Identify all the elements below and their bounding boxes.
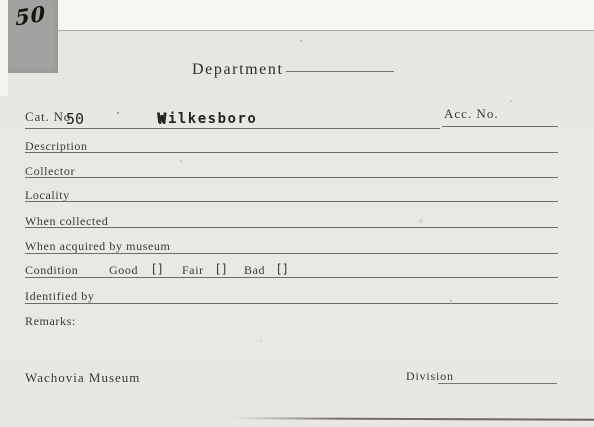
cat-no-rule — [25, 128, 440, 129]
museum-catalog-card: 50 Department Cat. No. 50 ' Wilkesboro A… — [0, 0, 594, 427]
when-collected-rule — [25, 227, 558, 228]
division-rule — [438, 383, 557, 384]
acc-no-label: Acc. No. — [444, 106, 499, 122]
condition-rule — [25, 277, 558, 278]
catalog-number-tab: 50 — [8, 0, 58, 73]
condition-fair-checkbox: [] — [216, 262, 227, 276]
backing-card-edge — [0, 0, 594, 31]
identified-by-label: Identified by — [25, 289, 94, 304]
stray-mark: ' — [117, 110, 119, 122]
condition-label: Condition — [25, 263, 78, 278]
backing-card-left — [0, 0, 8, 96]
identified-by-rule — [25, 303, 558, 304]
remarks-label: Remarks: — [25, 314, 76, 329]
condition-bad-label: Bad — [244, 263, 265, 278]
description-rule — [25, 152, 558, 153]
museum-name: Wachovia Museum — [25, 370, 140, 386]
collector-rule — [25, 177, 558, 178]
division-label: Division — [406, 369, 454, 384]
department-title: Department — [192, 61, 394, 79]
paper-specks — [300, 40, 302, 42]
when-acquired-label: When acquired by museum — [25, 239, 170, 254]
department-label: Department — [192, 61, 284, 78]
condition-good-checkbox: [] — [152, 262, 163, 276]
when-acquired-rule — [25, 253, 558, 254]
department-blank-line — [286, 71, 394, 72]
card-bottom-edge — [232, 417, 594, 421]
condition-bad-checkbox: [] — [277, 262, 288, 276]
acc-no-rule — [442, 126, 558, 127]
cat-no-typed-value: 50 — [66, 110, 84, 128]
handwritten-tab-number: 50 — [15, 1, 47, 31]
typed-town-name: Wilkesboro — [158, 111, 257, 127]
condition-good-label: Good — [109, 263, 138, 278]
condition-fair-label: Fair — [182, 263, 204, 278]
locality-rule — [25, 201, 558, 202]
